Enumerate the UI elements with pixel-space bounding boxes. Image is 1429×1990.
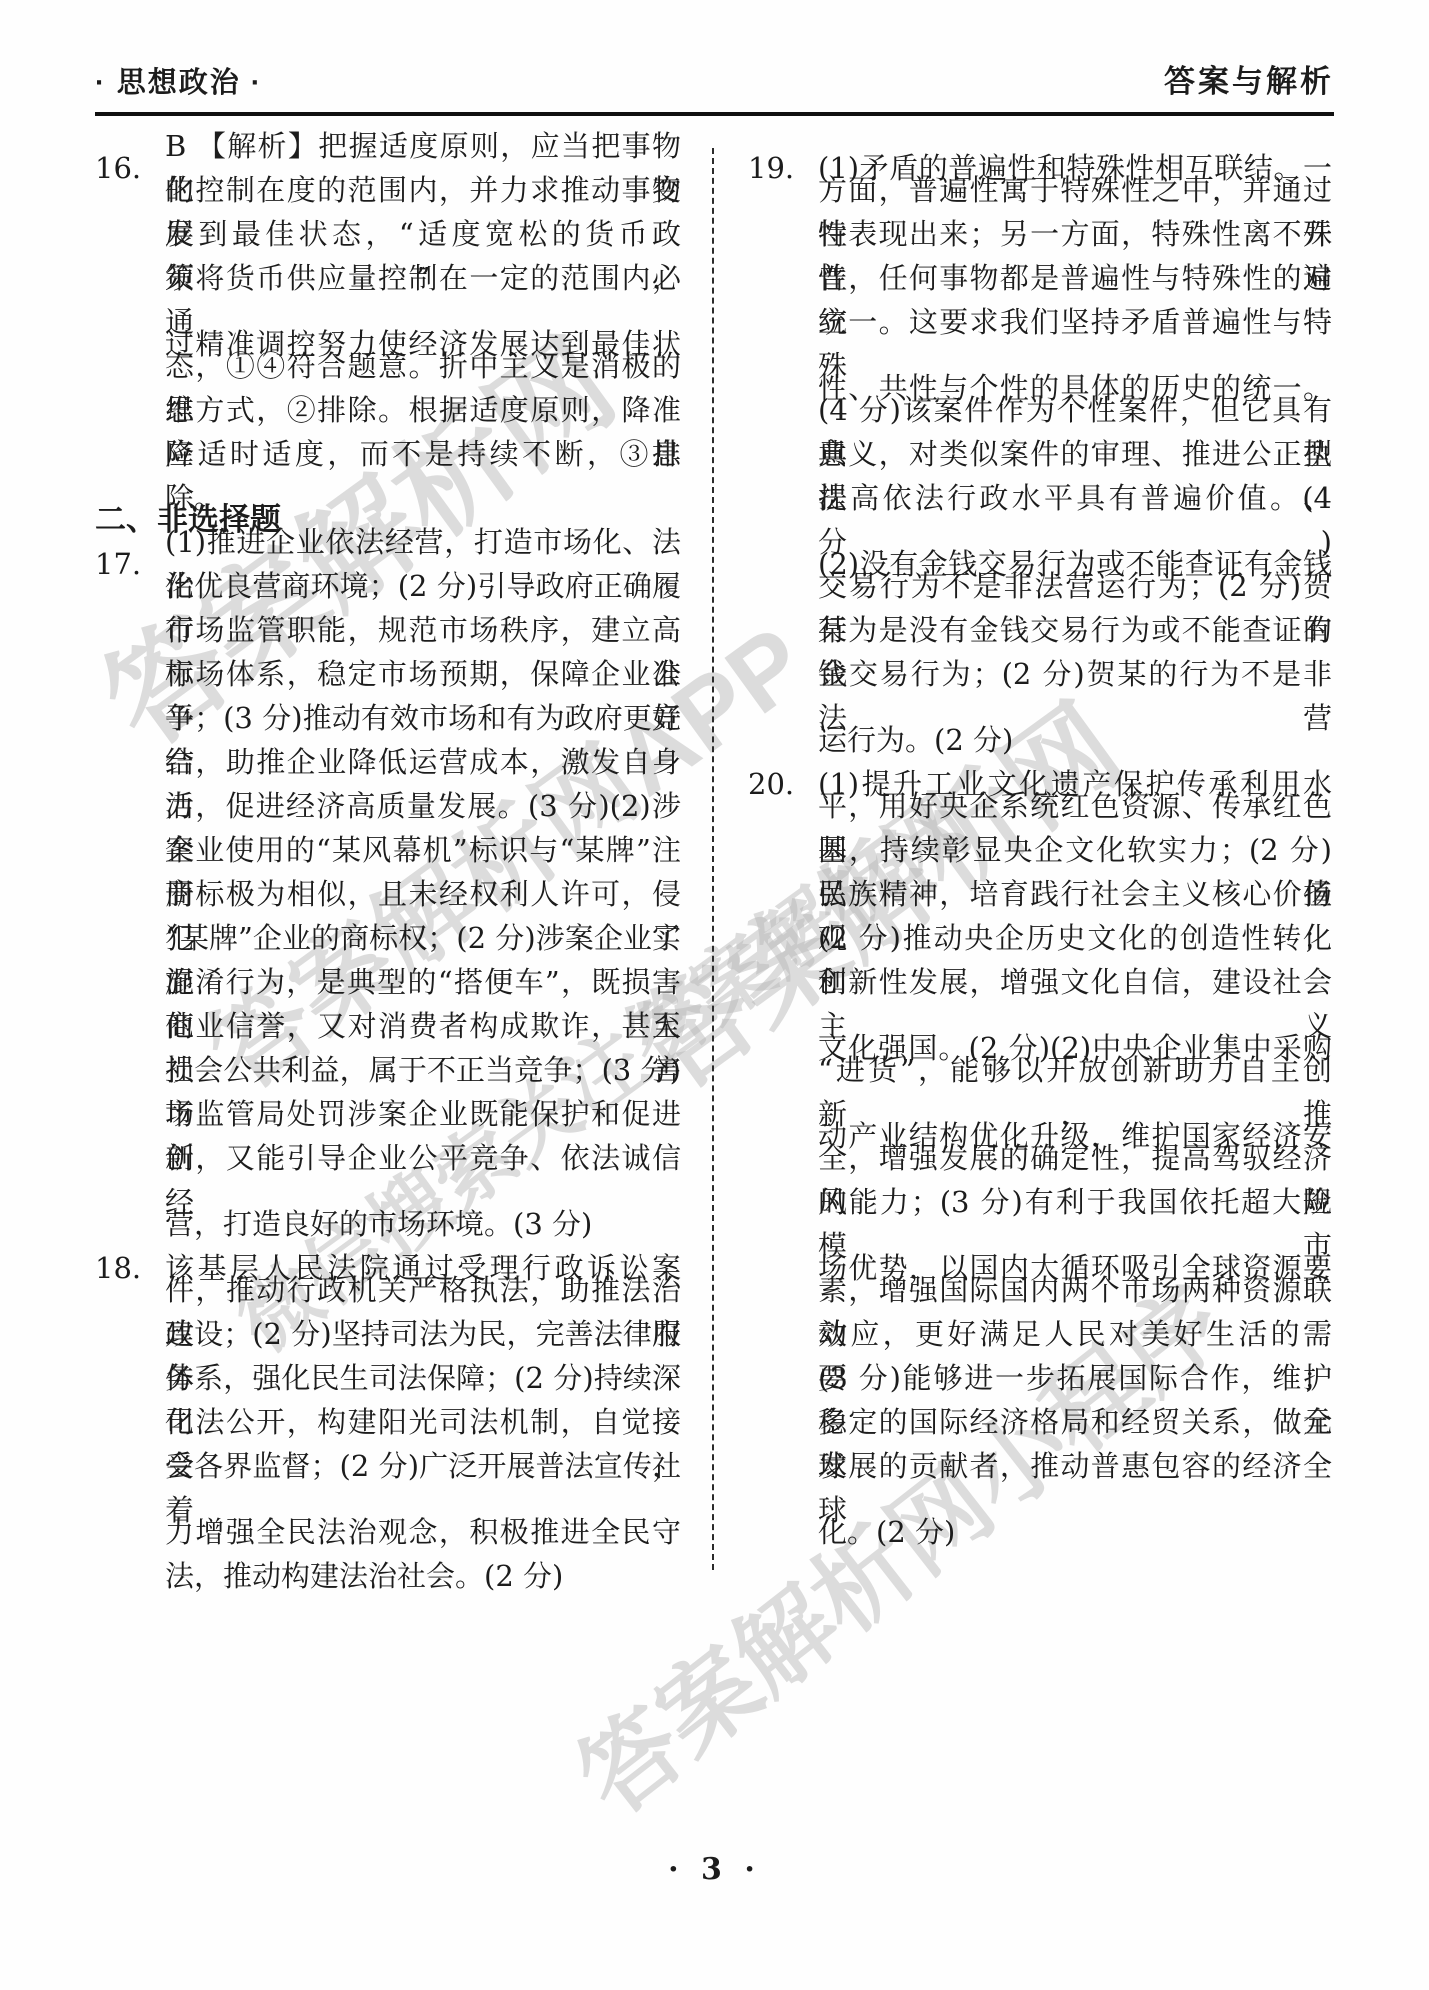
line-text: 化。(2 分) [818, 1510, 1332, 1554]
line-text: 力增强全民法治观念，积极推进全民守 [165, 1510, 681, 1554]
text-line: 提高依法行政水平具有普遍价值。(4 分) [748, 498, 1332, 542]
text-line: 会各界监督；(2 分)广泛开展普法宣传，着 [95, 1466, 681, 1510]
page-number: · 3 · [0, 1852, 1429, 1887]
line-text: 营，打造良好的市场环境。(3 分) [165, 1202, 681, 1246]
text-line: 应适时适度，而不是持续不断，③排除。 [95, 454, 681, 498]
text-line: 创新性发展，增强文化自信，建设社会主义 [748, 982, 1332, 1026]
text-line: 统一。这要求我们坚持矛盾普遍性与特殊 [748, 322, 1332, 366]
right-column: 19.(1)矛盾的普遍性和特殊性相互联结。一方面，普遍性寓于特殊性之中，并通过特… [748, 146, 1332, 1554]
text-line: 力增强全民法治观念，积极推进全民守 [95, 1510, 681, 1554]
text-line: 运行为。(2 分) [748, 718, 1332, 762]
text-line: 营，打造良好的市场环境。(3 分) [95, 1202, 681, 1246]
header-rule [95, 112, 1334, 116]
item-number: 16. [95, 146, 165, 190]
page-header: · 思想政治 · 答案与解析 [95, 56, 1334, 101]
header-title: 答案与解析 [1164, 56, 1334, 101]
left-column: 16.B 【解析】把握适度原则，应当把事物的变化控制在度的范围内，并力求推动事物… [95, 146, 681, 1598]
page: · 思想政治 · 答案与解析 答案解析网答案解析网APP答案解析网微信搜索关注答… [0, 0, 1429, 1990]
text-line: 新，又能引导企业公平竞争、依法诚信经 [95, 1158, 681, 1202]
text-line: 的能力；(3 分)有利于我国依托超大规模市 [748, 1202, 1332, 1246]
line-text: 法，推动构建法治社会。(2 分) [165, 1554, 681, 1598]
header-subject: · 思想政治 · [95, 60, 262, 101]
item-number: 17. [95, 542, 165, 586]
text-line: 化。(2 分) [748, 1510, 1332, 1554]
text-line: 法，推动构建法治社会。(2 分) [95, 1554, 681, 1598]
item-number: 18. [95, 1246, 165, 1290]
item-number: 20. [748, 762, 818, 806]
text-line: “进货”，能够以开放创新助力自主创新，推 [748, 1070, 1332, 1114]
line-text: 运行为。(2 分) [818, 718, 1332, 762]
item-number: 19. [748, 146, 818, 190]
column-divider [712, 148, 714, 1570]
text-line: 发展的贡献者，推动普惠包容的经济全球 [748, 1466, 1332, 1510]
text-line: 钱交易行为；(2 分)贺某的行为不是非法营 [748, 674, 1332, 718]
text-line: 须将货币供应量控制在一定的范围内，通 [95, 278, 681, 322]
